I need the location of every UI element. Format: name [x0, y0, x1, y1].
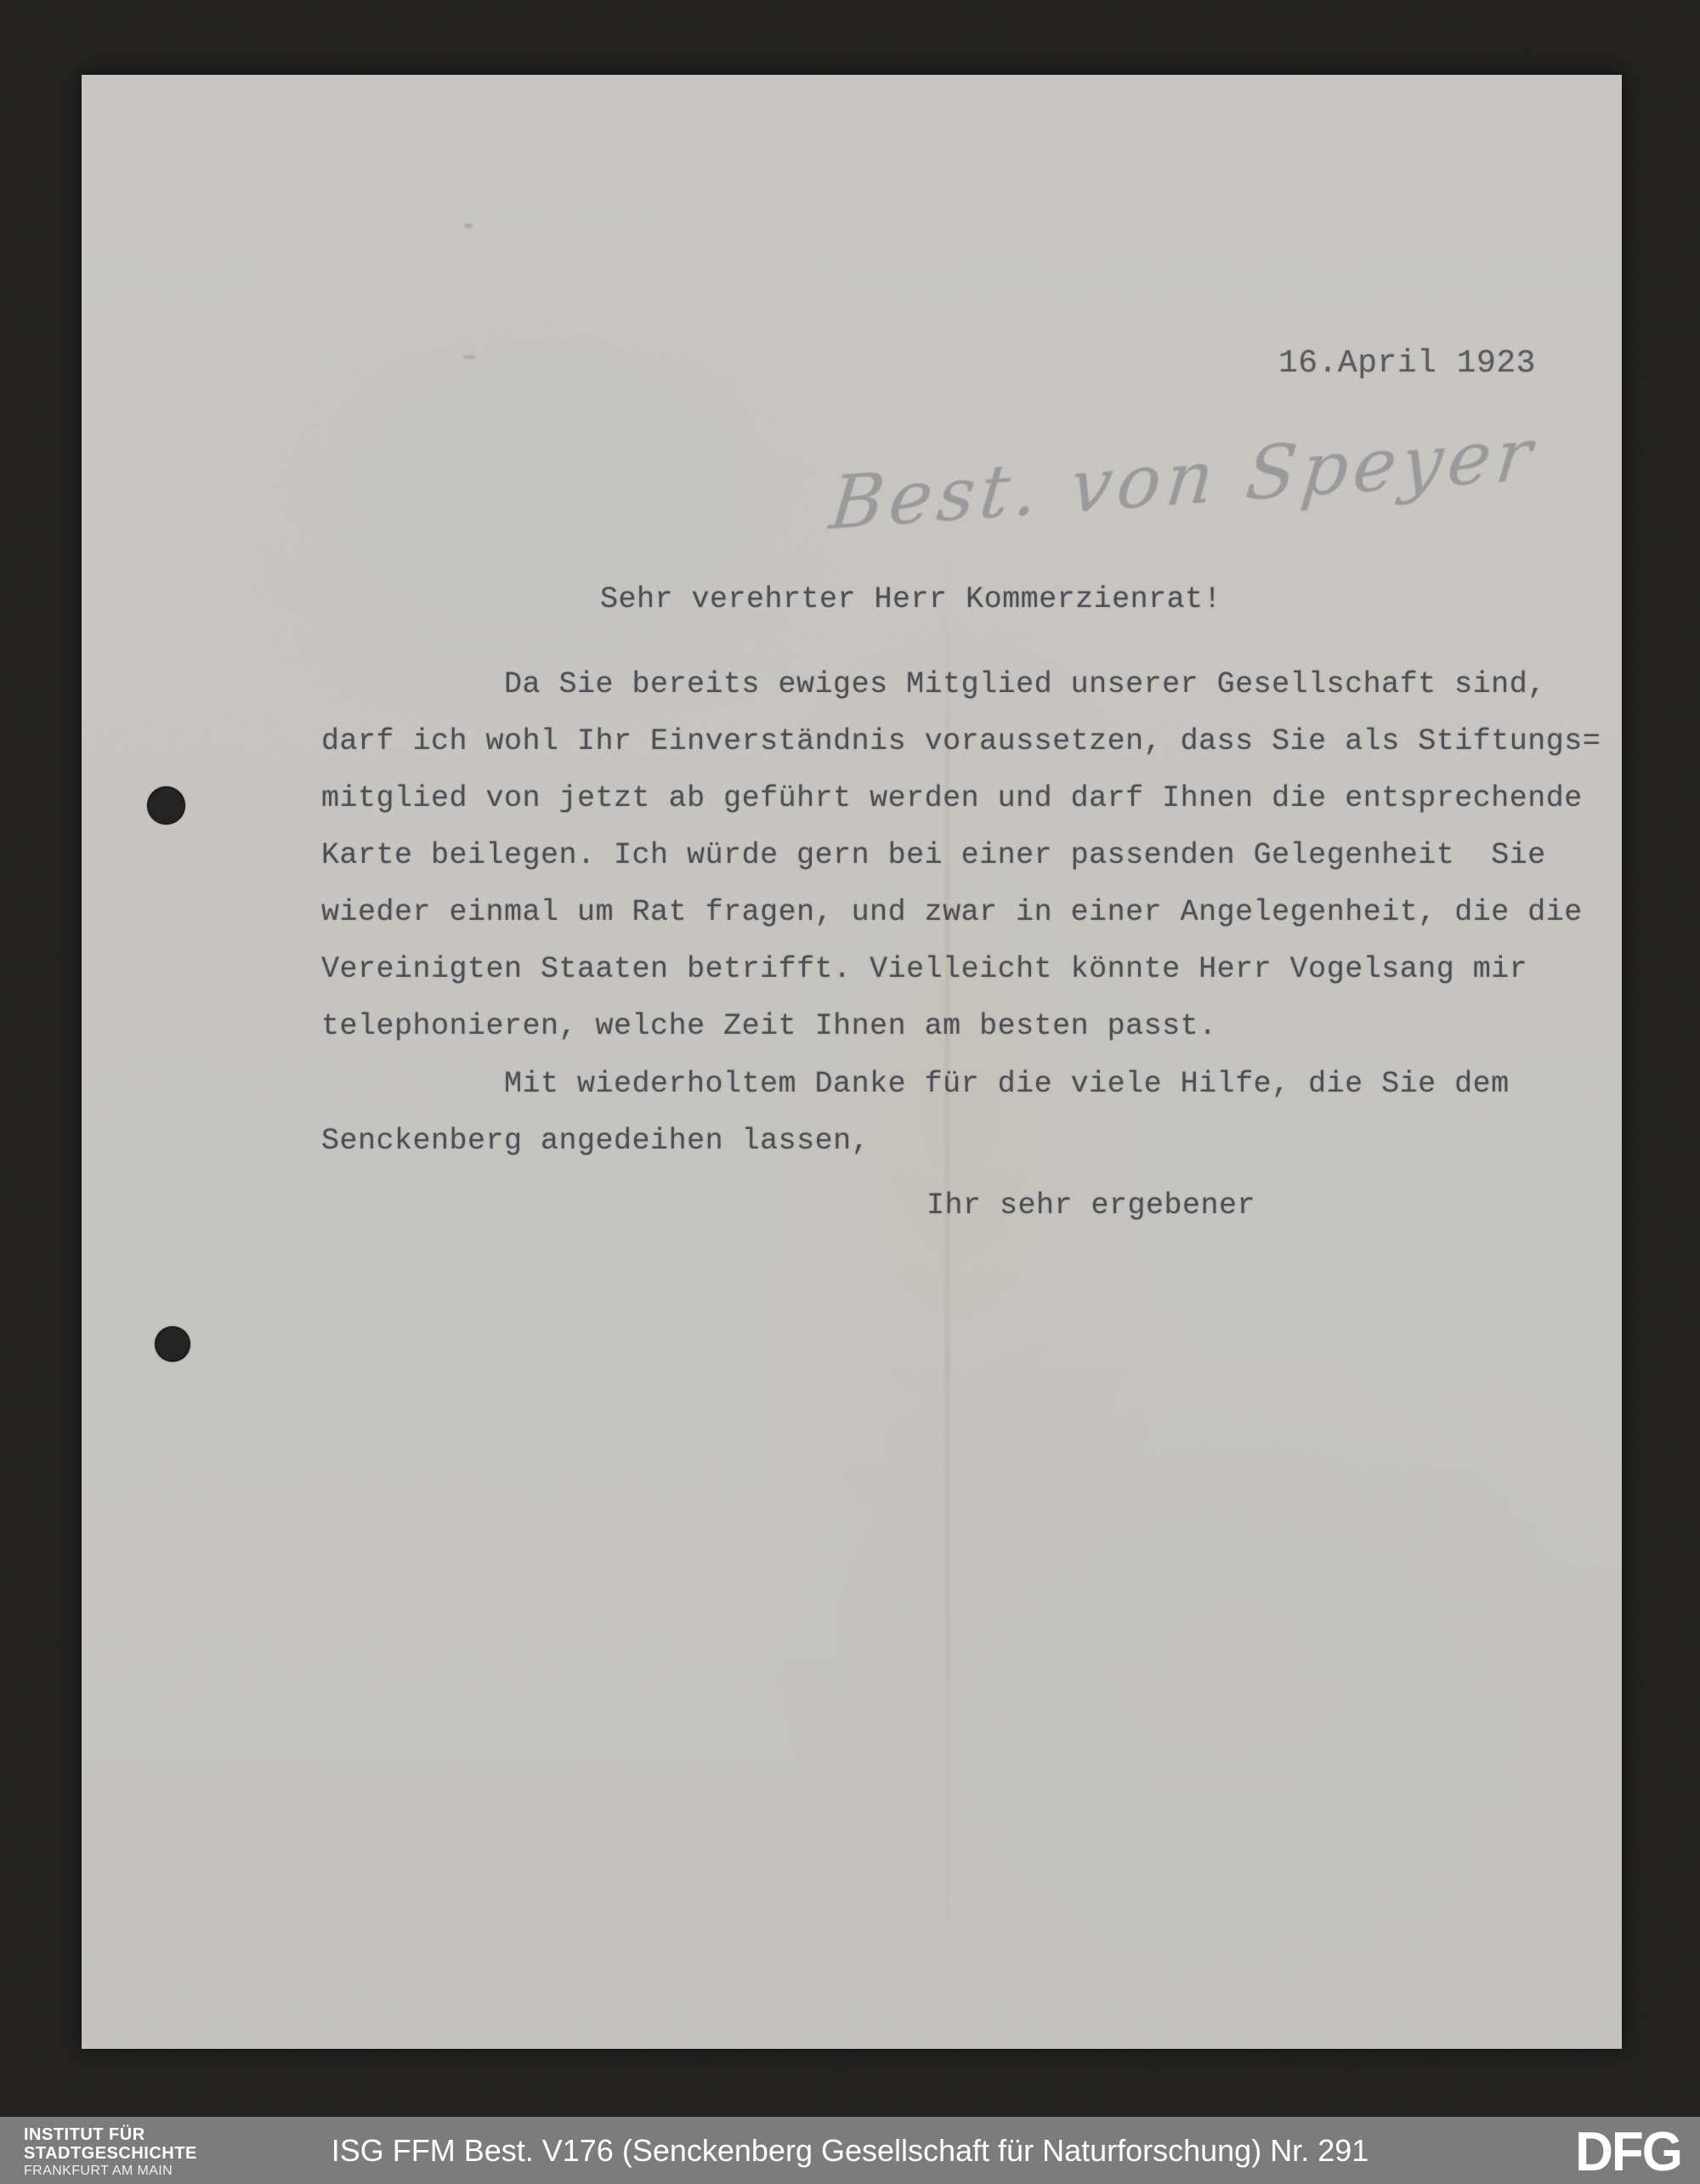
dfg-logo: DFG [1575, 2120, 1681, 2184]
letter-salutation: Sehr verehrter Herr Kommerzienrat! [600, 582, 1221, 616]
letter-body-line: Da Sie bereits ewiges Mitglied unserer G… [504, 667, 1546, 701]
letter-body-line: Vereinigten Staaten betrifft. Vielleicht… [321, 952, 1527, 986]
punch-hole-top [147, 786, 185, 825]
archive-reference-label: ISG FFM Best. V176 (Senckenberg Gesellsc… [0, 2117, 1700, 2184]
letter-body-line: Karte beilegen. Ich würde gern bei einer… [321, 838, 1546, 872]
letter-body-line: darf ich wohl Ihr Einverständnis vorauss… [321, 724, 1601, 758]
letter-page: 16.April 1923 Best. von Speyer Sehr vere… [82, 75, 1622, 2049]
letter-body-line: mitglied von jetzt ab geführt werden und… [321, 781, 1583, 815]
letter-closing-line: Mit wiederholtem Danke für die viele Hil… [504, 1067, 1510, 1101]
paper-crease [945, 551, 949, 2047]
institute-logo-line: STADTGESCHICHTE [24, 2144, 197, 2163]
letter-closing-line: Senckenberg angedeihen lassen, [321, 1124, 870, 1158]
archive-footer-bar: ISG FFM Best. V176 (Senckenberg Gesellsc… [0, 2117, 1700, 2184]
ink-smudge [462, 355, 476, 359]
letter-date: 16.April 1923 [1278, 345, 1536, 382]
institut-stadtgeschichte-logo: INSTITUT FÜR STADTGESCHICHTE FRANKFURT A… [24, 2125, 197, 2179]
punch-hole-bottom [155, 1326, 190, 1362]
letter-body-line: wieder einmal um Rat fragen, und zwar in… [321, 895, 1583, 929]
archive-scan: 16.April 1923 Best. von Speyer Sehr vere… [0, 0, 1700, 2184]
letter-signoff: Ihr sehr ergebener [926, 1188, 1255, 1222]
ink-smudge [464, 224, 473, 228]
handwritten-annotation: Best. von Speyer [826, 402, 1683, 547]
institute-logo-line: INSTITUT FÜR [24, 2125, 197, 2144]
institute-logo-line: FRANKFURT AM MAIN [24, 2164, 197, 2179]
letter-body-line: telephonieren, welche Zeit Ihnen am best… [321, 1009, 1217, 1043]
